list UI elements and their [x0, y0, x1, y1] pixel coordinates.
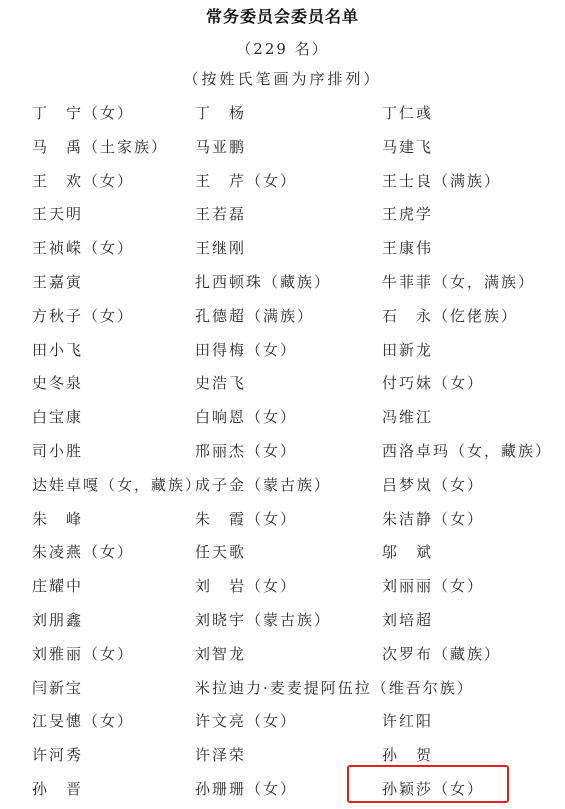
member-row: 马 禹（土家族）马亚鹏马建飞 [32, 136, 552, 170]
member-name: 达娃卓嘎（女，藏族） [32, 474, 202, 496]
member-name: 王若磊 [195, 203, 246, 225]
member-row: 史冬泉史浩飞付巧妹（女） [32, 372, 552, 406]
member-row: 田小飞田得梅（女）田新龙 [32, 339, 552, 373]
member-row: 刘雅丽（女）刘智龙次罗布（藏族） [32, 643, 552, 677]
member-name: 许文亮（女） [195, 710, 297, 732]
member-name: 王嘉寅 [32, 271, 83, 293]
document-title: 常务委员会委员名单 [0, 4, 565, 27]
member-name: 闫新宝 [32, 677, 83, 699]
member-name: 白响恩（女） [195, 406, 297, 428]
member-name: 孙 贺 [382, 744, 433, 766]
member-name: 王虎学 [382, 203, 433, 225]
member-list: 丁 宁（女）丁 杨丁仁彧马 禹（土家族）马亚鹏马建飞王 欢（女）王 芹（女）王士… [32, 102, 552, 809]
member-name: 孔德超（满族） [195, 305, 314, 327]
member-name: 丁 杨 [195, 102, 246, 124]
member-name: 朱 霞（女） [195, 508, 297, 530]
member-row: 方秋子（女）孔德超（满族）石 永（仡佬族） [32, 305, 552, 339]
member-row: 达娃卓嘎（女，藏族）成子金（蒙古族）吕梦岚（女） [32, 474, 552, 508]
highlight-box [347, 765, 509, 803]
member-name: 付巧妹（女） [382, 372, 484, 394]
member-name: 田得梅（女） [195, 339, 297, 361]
member-name: 王康伟 [382, 237, 433, 259]
member-name: 史冬泉 [32, 372, 83, 394]
member-row: 王天明王若磊王虎学 [32, 203, 552, 237]
member-name: 朱洁静（女） [382, 508, 484, 530]
member-row: 司小胜邢丽杰（女）西洛卓玛（女，藏族） [32, 440, 552, 474]
member-name: 刘培超 [382, 609, 433, 631]
member-count: （229 名） [0, 38, 565, 59]
member-row: 闫新宝米拉迪力·麦麦提阿伍拉（维吾尔族） [32, 677, 552, 711]
member-name: 刘 岩（女） [195, 575, 297, 597]
member-name: 刘智龙 [195, 643, 246, 665]
member-name: 马 禹（土家族） [32, 136, 168, 158]
member-name: 邢丽杰（女） [195, 440, 297, 462]
member-row: 江旻憓（女）许文亮（女）许红阳 [32, 710, 552, 744]
member-name: 王士良（满族） [382, 170, 501, 192]
member-name: 许泽荣 [195, 744, 246, 766]
member-name: 许河秀 [32, 744, 83, 766]
member-name: 次罗布（藏族） [382, 643, 501, 665]
member-name: 王祯嵘（女） [32, 237, 134, 259]
member-name: 扎西顿珠（藏族） [195, 271, 331, 293]
member-name: 许红阳 [382, 710, 433, 732]
member-name: 刘雅丽（女） [32, 643, 134, 665]
ordering-note: （按姓氏笔画为序排列） [0, 68, 565, 89]
member-name: 司小胜 [32, 440, 83, 462]
member-name: 王 欢（女） [32, 170, 134, 192]
member-name: 孙 晋 [32, 778, 83, 800]
member-name: 成子金（蒙古族） [195, 474, 331, 496]
member-name: 田小飞 [32, 339, 83, 361]
member-row: 王祯嵘（女）王继刚王康伟 [32, 237, 552, 271]
member-row: 王 欢（女）王 芹（女）王士良（满族） [32, 170, 552, 204]
member-name: 丁 宁（女） [32, 102, 134, 124]
member-name: 米拉迪力·麦麦提阿伍拉（维吾尔族） [195, 677, 474, 699]
member-name: 冯维江 [382, 406, 433, 428]
member-name: 史浩飞 [195, 372, 246, 394]
member-row: 朱凌燕（女）任天歌邬 斌 [32, 541, 552, 575]
member-name: 石 永（仡佬族） [382, 305, 518, 327]
member-name: 丁仁彧 [382, 102, 433, 124]
member-name: 任天歌 [195, 541, 246, 563]
member-name: 田新龙 [382, 339, 433, 361]
member-name: 刘晓宇（蒙古族） [195, 609, 331, 631]
member-name: 王 芹（女） [195, 170, 297, 192]
member-row: 白宝康白响恩（女）冯维江 [32, 406, 552, 440]
member-row: 朱 峰朱 霞（女）朱洁静（女） [32, 508, 552, 542]
member-name: 白宝康 [32, 406, 83, 428]
member-name: 庄耀中 [32, 575, 83, 597]
member-row: 庄耀中刘 岩（女）刘丽丽（女） [32, 575, 552, 609]
member-name: 方秋子（女） [32, 305, 134, 327]
member-name: 马建飞 [382, 136, 433, 158]
member-name: 王天明 [32, 203, 83, 225]
member-row: 丁 宁（女）丁 杨丁仁彧 [32, 102, 552, 136]
member-row: 刘朋鑫刘晓宇（蒙古族）刘培超 [32, 609, 552, 643]
member-name: 王继刚 [195, 237, 246, 259]
member-name: 西洛卓玛（女，藏族） [382, 440, 552, 462]
member-name: 马亚鹏 [195, 136, 246, 158]
member-name: 朱 峰 [32, 508, 83, 530]
member-name: 吕梦岚（女） [382, 474, 484, 496]
member-name: 刘丽丽（女） [382, 575, 484, 597]
member-name: 牛菲菲（女，满族） [382, 271, 535, 293]
member-name: 邬 斌 [382, 541, 433, 563]
member-name: 刘朋鑫 [32, 609, 83, 631]
member-name: 朱凌燕（女） [32, 541, 134, 563]
member-row: 王嘉寅扎西顿珠（藏族）牛菲菲（女，满族） [32, 271, 552, 305]
member-name: 孙珊珊（女） [195, 778, 297, 800]
member-name: 江旻憓（女） [32, 710, 134, 732]
